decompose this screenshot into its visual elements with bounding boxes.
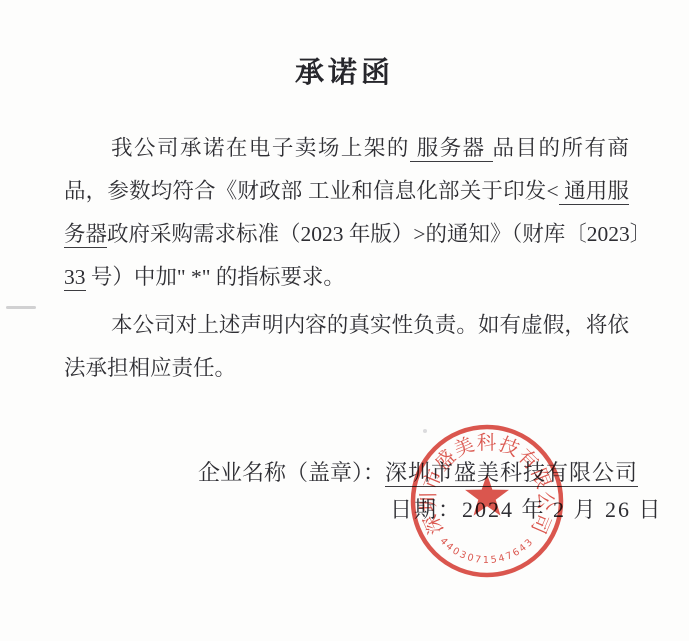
paragraph1-line4: 33 号）中加" *" 的指标要求。 [64,256,629,299]
text-segment: 我公司承诺在电子卖场上架的 [111,136,410,160]
scan-artifact-dash [6,306,36,309]
company-name-label: 企业名称（盖章）： [198,460,385,485]
text-segment: 法承担相应责任。 [64,356,236,380]
paragraph2-line1: 本公司对上述声明内容的真实性负责。如有虚假，将依 [64,304,629,347]
document-title: 承诺函 [0,50,689,91]
text-segment: 品，参数均符合《财政部 工业和信息化部关于印发< [64,179,559,203]
text-segment: 本公司对上述声明内容的真实性负责。如有虚假，将依 [111,313,629,337]
paragraph1-line3: 务器政府采购需求标准（2023 年版）>的通知》（财库〔2023〕 [64,213,629,256]
paragraph2-line2: 法承担相应责任。 [64,347,629,390]
document-page: 承诺函 我公司承诺在电子卖场上架的 服务器 品目的所有商 品，参数均符合《财政部… [0,0,689,641]
underlined-term-doc-number: 33 [64,265,86,291]
underlined-term-category: 服务器 [410,136,493,162]
paragraph1-line1: 我公司承诺在电子卖场上架的 服务器 品目的所有商 [64,127,629,170]
scan-artifact-dot [423,429,427,433]
seal-star-icon [465,474,509,516]
underlined-term-standard-cont: 务器 [64,222,107,248]
body-text: 我公司承诺在电子卖场上架的 服务器 品目的所有商 品，参数均符合《财政部 工业和… [64,127,629,390]
text-segment: 号）中加" *" 的指标要求。 [86,265,345,289]
paragraph1-line2: 品，参数均符合《财政部 工业和信息化部关于印发< 通用服 [64,170,629,213]
company-seal-stamp: 深圳市盛美科技有限公司 4403071547643 [401,415,573,587]
text-segment: 政府采购需求标准（2023 年版）>的通知》（财库〔2023〕 [107,222,651,246]
seal-serial-number: 4403071547643 [437,536,536,566]
underlined-term-standard-start: 通用服 [559,179,629,205]
svg-text:4403071547643: 4403071547643 [437,536,536,566]
text-segment: 品目的所有商 [493,136,629,160]
